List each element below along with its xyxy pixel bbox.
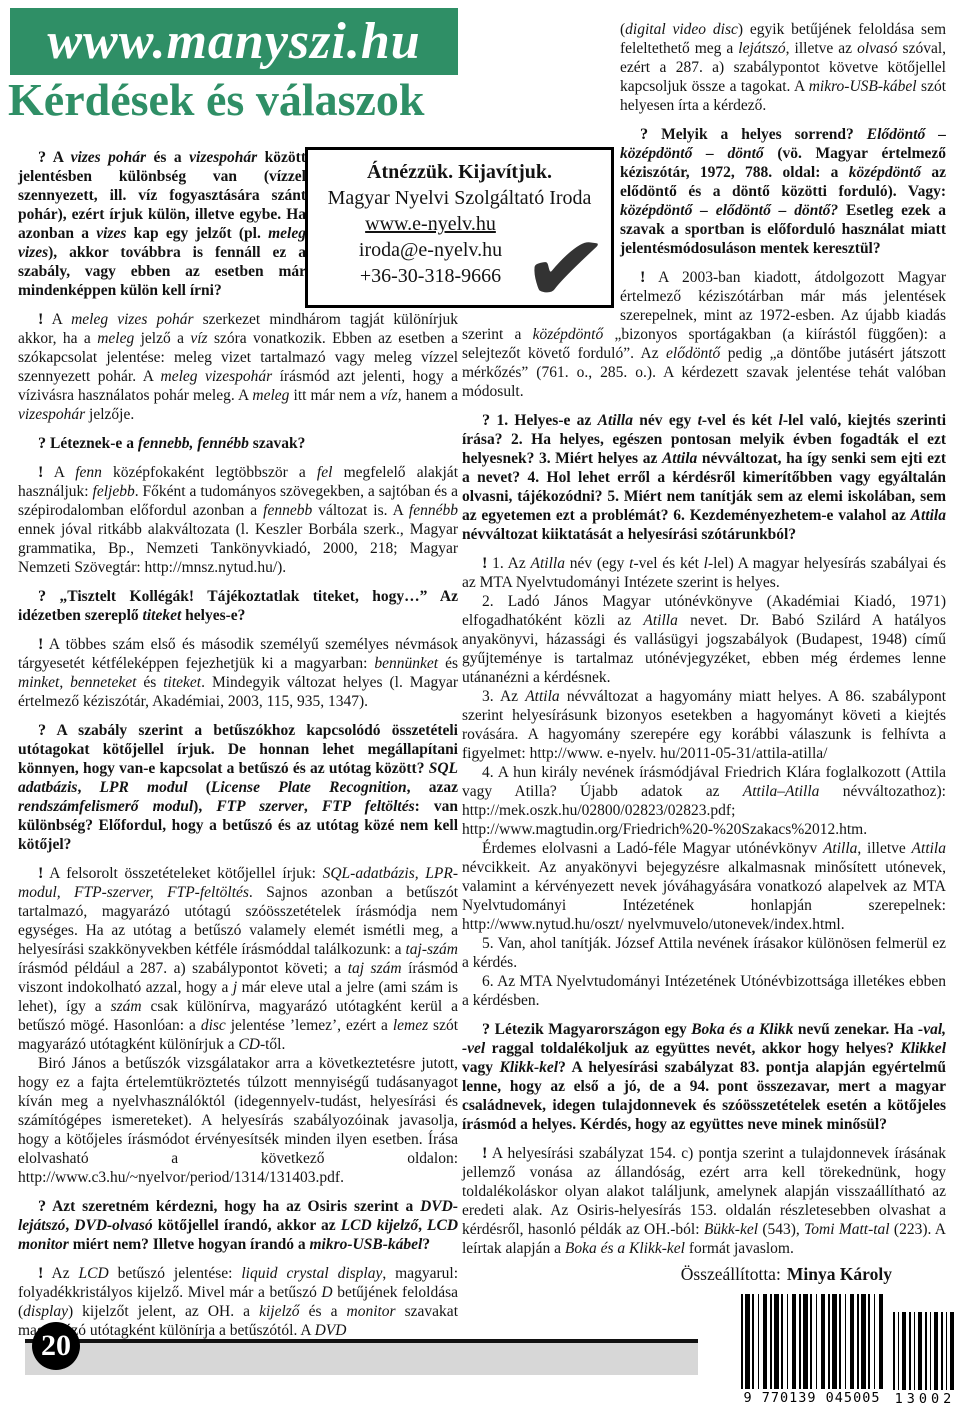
service-ad: Átnézzük. Kijavítjuk. Magyar Nyelvi Szol… <box>305 147 614 308</box>
answer-paragraph: ! A többes szám első és második személyű… <box>18 635 458 711</box>
question-paragraph: ? Azt szeretném kérdezni, hogy ha az Osi… <box>18 1197 458 1254</box>
page-number: 20 <box>41 1329 71 1363</box>
question-paragraph: ? 1. Helyes-e az Atilla név egy t-vel és… <box>462 411 946 544</box>
question-paragraph: ? Létezik Magyarországon egy Boka és a K… <box>462 1020 946 1134</box>
answer-paragraph: ! A fenn középfokaként legtöbbször a fel… <box>18 463 458 577</box>
left-column-text: ? A vizes pohár és a vizespohár között j… <box>18 138 458 1340</box>
site-banner: www.manyszi.hu <box>10 8 458 75</box>
continuation-paragraph: (digital video disc) egyik betűjének fel… <box>462 20 946 115</box>
ad-website-link: www.e-nyelv.hu <box>308 211 553 237</box>
ad-slogan: Átnézzük. Kijavítjuk. <box>308 159 611 185</box>
barcode-bars-icon <box>893 1312 957 1390</box>
body-paragraph: 3. Az Attila névváltozat a hagyomány mia… <box>462 687 946 763</box>
site-banner-text: www.manyszi.hu <box>47 12 420 71</box>
body-paragraph: 5. Van, ahol tanítják. József Attila nev… <box>462 934 946 972</box>
issn-barcode: 9 770139 045005 <box>741 1294 883 1406</box>
footer-band <box>25 1339 698 1375</box>
ad-email: iroda@e-nyelv.hu <box>308 237 553 263</box>
byline-label: Összeállította: <box>681 1264 781 1284</box>
ad-office-name: Magyar Nyelvi Szolgáltató Iroda <box>308 185 611 211</box>
body-paragraph: Érdemes elolvasni a Ladó-féle Magyar utó… <box>462 839 946 934</box>
answer-paragraph: ! Az LCD betűszó jelentése: liquid cryst… <box>18 1264 458 1340</box>
body-paragraph: 6. Az MTA Nyelvtudományi Intézetének Utó… <box>462 972 946 1010</box>
question-paragraph: ? A szabály szerint a betűszókhoz kapcso… <box>18 721 458 854</box>
magazine-page: www.manyszi.hu Kérdések és válaszok ? A … <box>0 0 960 1409</box>
barcode-bars-icon <box>741 1294 883 1389</box>
answer-paragraph: ! A felsorolt összetételeket kötőjellel … <box>18 864 458 1054</box>
byline-name: Minya Károly <box>787 1264 892 1284</box>
body-paragraph: Biró János a betűszók vizsgálatakor arra… <box>18 1054 458 1187</box>
barcode-digits: 9 770139 045005 <box>741 1390 883 1406</box>
barcode-addon-digits: 13002 <box>893 1391 957 1407</box>
answer-paragraph: ! A meleg vizes pohár szerkezet mindháro… <box>18 310 458 424</box>
byline: Összeállította:Minya Károly <box>462 1264 892 1285</box>
question-paragraph: ? „Tisztelt Kollégák! Tájékoztatlak tite… <box>18 587 458 625</box>
checkmark-icon: ✔ <box>518 215 612 323</box>
body-paragraph: 4. A hun király nevének írásmódjával Fri… <box>462 763 946 839</box>
answer-paragraph: ! A helyesírási szabályzat 154. c) pontj… <box>462 1144 946 1258</box>
issue-addon-barcode: 13002 <box>893 1312 957 1407</box>
answer-paragraph: ! 1. Az Atilla név (egy t-vel és két l-l… <box>462 554 946 592</box>
ad-phone: +36-30-318-9666 <box>308 263 553 289</box>
body-paragraph: 2. Ladó János Magyar utónévkönyve (Akadé… <box>462 592 946 687</box>
question-paragraph: ? Léteznek-e a fennebb, fennébb szavak? <box>18 434 458 453</box>
page-title: Kérdések és válaszok <box>8 76 460 124</box>
page-number-badge: 20 <box>32 1322 80 1370</box>
